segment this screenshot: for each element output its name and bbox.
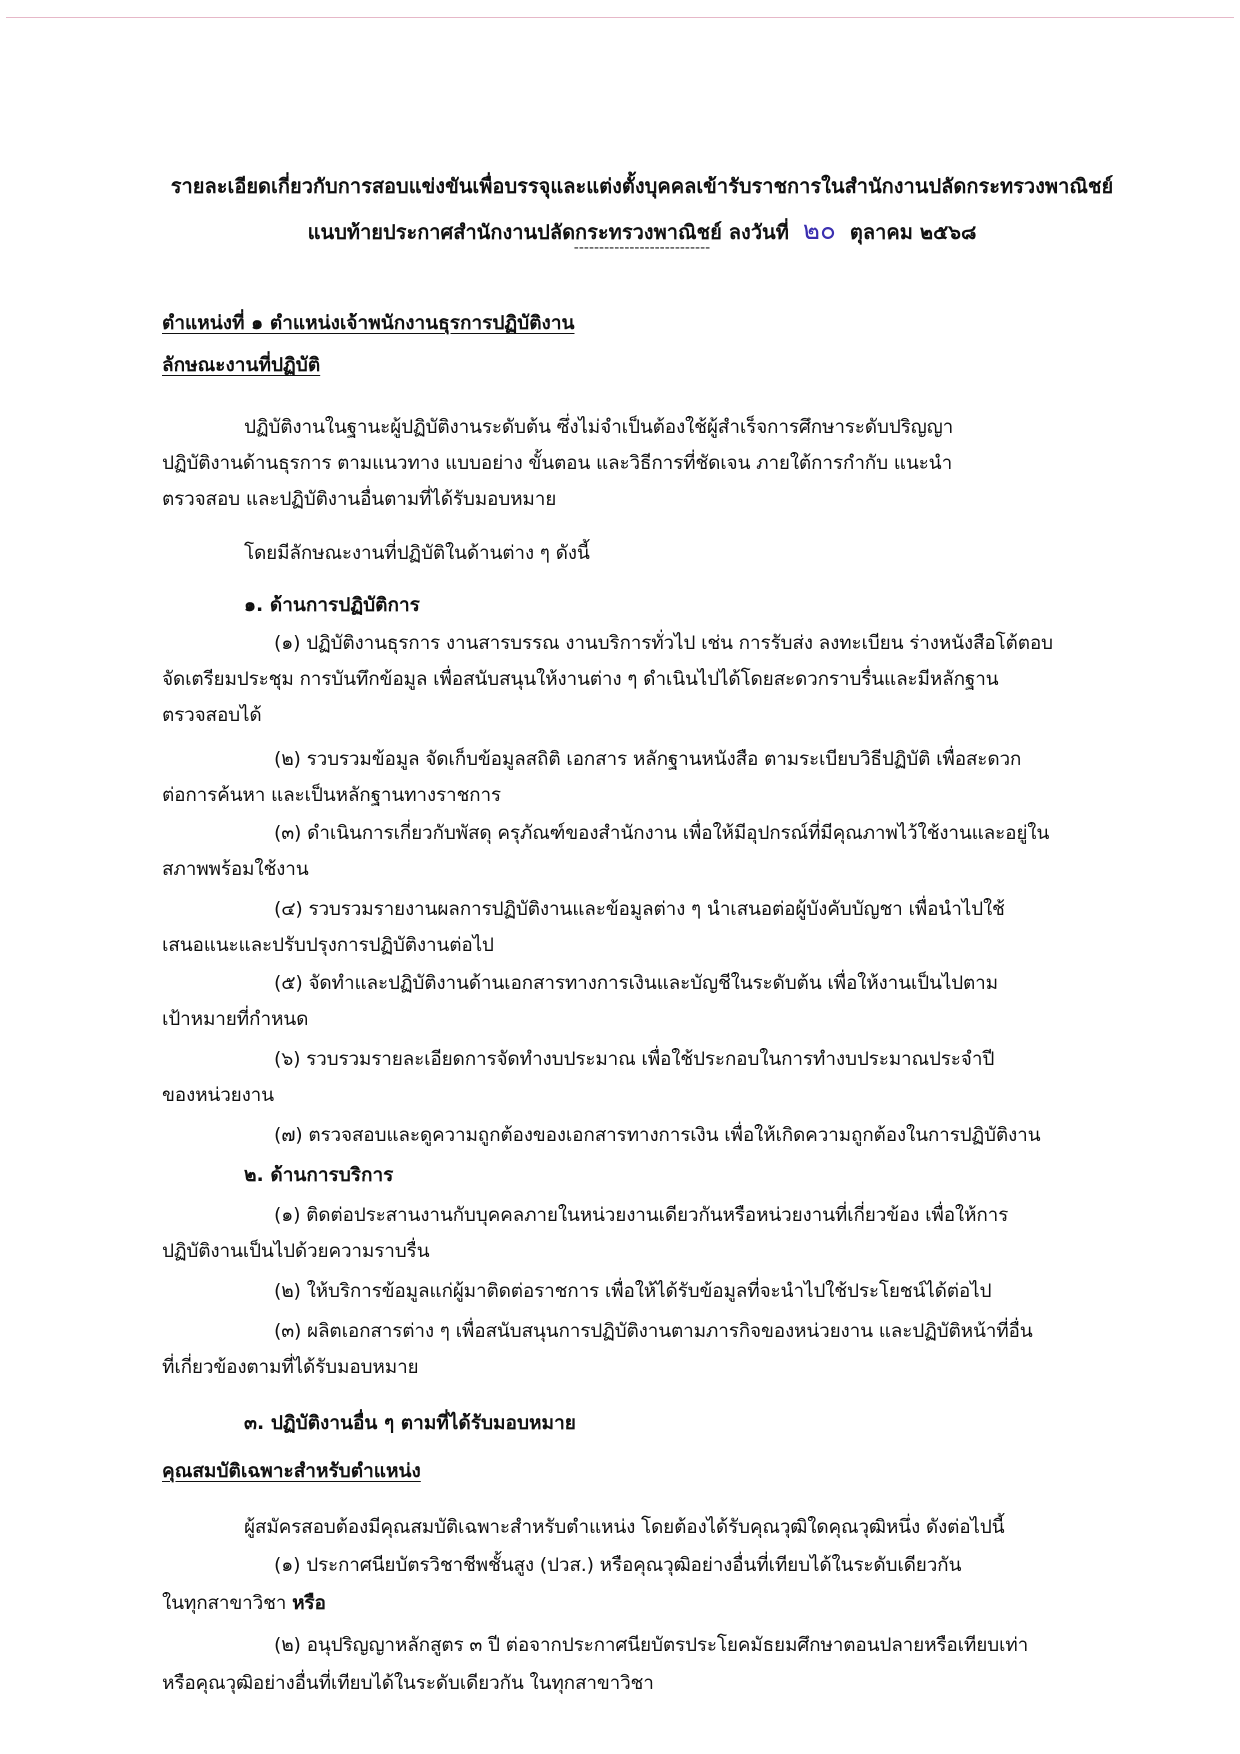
qualification2-line1: (๒) อนุปริญญาหลักสูตร ๓ ปี ต่อจากประกาศน… [274,1630,1028,1660]
position-heading: ตำแหน่งที่ ๑ ตำแหน่งเจ้าพนักงานธุรการปฏิ… [162,308,574,338]
qualification1-line1: (๑) ประกาศนียบัตรวิชาชีพชั้นสูง (ปวส.) ห… [274,1550,961,1580]
intro-line-2: ปฏิบัติงานด้านธุรการ ตามแนวทาง แบบอย่าง … [162,448,952,478]
document-title-line1: รายละเอียดเกี่ยวกับการสอบแข่งขันเพื่อบรร… [162,170,1122,202]
section2-item1-line2: ปฏิบัติงานเป็นไปด้วยความราบรื่น [162,1236,429,1266]
section1-item4-line1: (๔) รวบรวมรายงานผลการปฏิบัติงานและข้อมูล… [274,894,1005,924]
section2-item1-line1: (๑) ติดต่อประสานงานกับบุคคลภายในหน่วยงาน… [274,1200,1008,1230]
section1-item6-line2: ของหน่วยงาน [162,1080,274,1110]
section1-item7-line1: (๗) ตรวจสอบและดูความถูกต้องของเอกสารทางก… [274,1120,1040,1150]
title-separator: --------------------------- [162,240,1122,256]
qualification1-line2-text: ในทุกสาขาวิชา [162,1592,286,1614]
section2-heading: ๒. ด้านการบริการ [244,1160,393,1190]
section1-item4-line2: เสนอแนะและปรับปรุงการปฏิบัติงานต่อไป [162,930,494,960]
section1-item6-line1: (๖) รวบรวมรายละเอียดการจัดทำงบประมาณ เพื… [274,1044,994,1074]
job-nature-heading: ลักษณะงานที่ปฏิบัติ [162,350,320,380]
intro-line-4: โดยมีลักษณะงานที่ปฏิบัติในด้านต่าง ๆ ดัง… [244,538,590,568]
qualification2-line2: หรือคุณวุฒิอย่างอื่นที่เทียบได้ในระดับเด… [162,1668,654,1698]
qualification1-line2: ในทุกสาขาวิชา หรือ [162,1588,326,1618]
page-top-rule [6,17,1234,18]
intro-line-1: ปฏิบัติงานในฐานะผู้ปฏิบัติงานระดับต้น ซึ… [244,412,953,442]
qualification1-or: หรือ [292,1592,326,1614]
section1-item2-line1: (๒) รวบรวมข้อมูล จัดเก็บข้อมูลสถิติ เอกส… [274,744,1021,774]
section3-heading: ๓. ปฏิบัติงานอื่น ๆ ตามที่ได้รับมอบหมาย [244,1408,576,1438]
section1-item5-line2: เป้าหมายที่กำหนด [162,1004,308,1034]
section1-item3-line2: สภาพพร้อมใช้งาน [162,854,309,884]
section1-heading: ๑. ด้านการปฏิบัติการ [244,590,420,620]
section2-item3-line1: (๓) ผลิตเอกสารต่าง ๆ เพื่อสนับสนุนการปฏิ… [274,1316,1033,1346]
section1-item3-line1: (๓) ดำเนินการเกี่ยวกับพัสดุ ครุภัณฑ์ของส… [274,818,1049,848]
section1-item5-line1: (๕) จัดทำและปฏิบัติงานด้านเอกสารทางการเง… [274,968,998,998]
intro-line-3: ตรวจสอบ และปฏิบัติงานอื่นตามที่ได้รับมอบ… [162,484,556,514]
qualifications-heading: คุณสมบัติเฉพาะสำหรับตำแหน่ง [162,1456,421,1486]
section2-item2-line1: (๒) ให้บริการข้อมูลแก่ผู้มาติดต่อราชการ … [274,1276,991,1306]
section2-item3-line2: ที่เกี่ยวข้องตามที่ได้รับมอบหมาย [162,1352,418,1382]
section1-item1-line2: จัดเตรียมประชุม การบันทึกข้อมูล เพื่อสนั… [162,664,998,694]
section1-item2-line2: ต่อการค้นหา และเป็นหลักฐานทางราชการ [162,780,501,810]
section1-item1-line3: ตรวจสอบได้ [162,700,262,730]
qualifications-intro: ผู้สมัครสอบต้องมีคุณสมบัติเฉพาะสำหรับตำแ… [244,1512,1004,1542]
section1-item1-line1: (๑) ปฏิบัติงานธุรการ งานสารบรรณ งานบริกา… [274,628,1053,658]
